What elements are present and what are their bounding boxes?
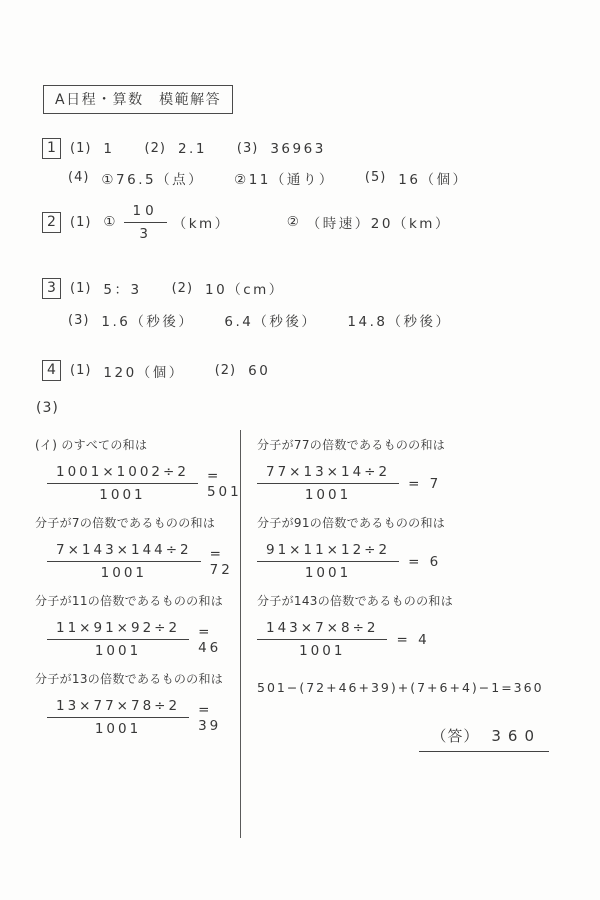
work-step-label: 分子が7の倍数であるものの和は [35,515,235,532]
fraction-answer: 10 3 [124,203,167,242]
fraction-numerator: 143×7×8÷2 [257,620,387,640]
answer-value: 60 [248,363,270,379]
question-label: (4) [68,170,89,185]
work-step-equation: 77×13×14÷2 1001 = 7 [257,464,445,503]
problem-3-row-2: (3) 1.6（秒後） 6.4（秒後） 14.8（秒後） [68,304,451,336]
fraction-numerator: 13×77×78÷2 [47,698,189,718]
fraction-denominator: 1001 [95,640,141,659]
problem-1-row-1: 1 (1) 1 (2) 2.1 (3) 36963 [42,134,468,163]
work-step-label: 分子が11の倍数であるものの和は [35,593,235,610]
answer-value: 6.4（秒後） [224,310,317,330]
work-step: 分子が91の倍数であるものの和は 91×11×12÷2 1001 = 6 [257,515,445,581]
problem-1-answers: 1 (1) 1 (2) 2.1 (3) 36963 (4) ①76.5（点） ②… [42,134,468,192]
answer-value: 10（cm） [205,278,285,298]
answer-value: 2.1 [178,141,207,157]
work-step: 分子が143の倍数であるものの和は 143×7×8÷2 1001 = 4 [257,593,453,659]
answer-value: 1 [103,141,114,157]
fraction: 77×13×14÷2 1001 [257,464,399,503]
problem-3-answers: 3 (1) 5：3 (2) 10（cm） (3) 1.6（秒後） 6.4（秒後）… [42,272,451,336]
problem-3-number-box: 3 [42,278,61,299]
answer-value: 120（個） [103,361,184,381]
work-step: 分子が13の倍数であるものの和は 13×77×78÷2 1001 = 39 [35,671,235,737]
equation-result: = 39 [198,702,235,734]
answer-value: 36963 [270,141,325,157]
fraction-denominator: 3 [139,223,151,242]
sheet-title: A日程・算数 模範解答 [55,92,221,108]
problem-4-number-box: 4 [42,360,61,381]
fraction: 1001×1002÷2 1001 [47,464,198,503]
fraction: 143×7×8÷2 1001 [257,620,387,659]
fraction-numerator: 1001×1002÷2 [47,464,198,484]
answer-value: （時速）20（km） [307,212,451,232]
fraction-numerator: 91×11×12÷2 [257,542,399,562]
fraction-denominator: 1001 [299,640,345,659]
work-step-label: 分子が143の倍数であるものの和は [257,593,453,610]
work-step: 分子が7の倍数であるものの和は 7×143×144÷2 1001 = 72 [35,515,235,581]
fraction: 91×11×12÷2 1001 [257,542,399,581]
question-label: (2) [145,141,166,156]
equation-result: = 7 [408,476,441,492]
answer-value: 16（個） [398,168,468,188]
fraction-denominator: 1001 [99,484,145,503]
sub-answer-mark: ② [287,214,299,230]
final-equation: 501−(72+46+39)+(7+6+4)−1=360 [257,680,544,695]
work-step: 分子が11の倍数であるものの和は 11×91×92÷2 1001 = 46 [35,593,235,659]
final-answer-line: （答） 360 [419,725,549,752]
problem-4-answers: 4 (1) 120（個） (2) 60 [42,356,270,385]
fraction: 11×91×92÷2 1001 [47,620,189,659]
problem-2-answers: 2 (1) ① 10 3 （km） ② （時速）20（km） [42,200,451,244]
answer-label: （答） [431,725,479,746]
equation-result: = 501 [207,468,242,500]
fraction-denominator: 1001 [95,718,141,737]
answer-number: 360 [491,727,541,745]
fraction-numerator: 11×91×92÷2 [47,620,189,640]
question-label: (2) [215,363,236,378]
work-step-equation: 13×77×78÷2 1001 = 39 [47,698,235,737]
question-label: (1) [70,141,91,156]
work-step-label: 分子が77の倍数であるものの和は [257,437,445,454]
question-label: (1) [70,215,91,230]
equation-result: = 46 [198,624,235,656]
work-step: 分子が77の倍数であるものの和は 77×13×14÷2 1001 = 7 [257,437,445,503]
fraction-numerator: 7×143×144÷2 [47,542,201,562]
question-label: (2) [172,281,193,296]
section-3-label: (3) [36,400,59,416]
work-step-label: 分子が91の倍数であるものの和は [257,515,445,532]
fraction-denominator: 1001 [101,562,147,581]
model-answer-sheet: A日程・算数 模範解答 1 (1) 1 (2) 2.1 (3) 36963 (4… [0,0,600,900]
problem-2-row: 2 (1) ① 10 3 （km） ② （時速）20（km） [42,200,451,244]
answer-value: 5：3 [103,278,141,298]
problem-2-number-box: 2 [42,212,61,233]
fraction: 13×77×78÷2 1001 [47,698,189,737]
work-step: (イ) のすべての和は 1001×1002÷2 1001 = 501 [35,437,242,503]
question-label: (1) [70,363,91,378]
work-step-equation: 7×143×144÷2 1001 = 72 [47,542,235,581]
problem-3-row-1: 3 (1) 5：3 (2) 10（cm） [42,272,451,304]
problem-1-number-box: 1 [42,138,61,159]
question-label: (3) [68,313,89,328]
sub-answer-mark: ① [103,214,115,230]
fraction-denominator: 1001 [305,484,351,503]
problem-4-row: 4 (1) 120（個） (2) 60 [42,356,270,385]
fraction-denominator: 1001 [305,562,351,581]
work-step-label: (イ) のすべての和は [35,437,242,454]
equation-result: = 72 [210,546,235,578]
question-label: (1) [70,281,91,296]
answer-value: 1.6（秒後） [101,310,194,330]
work-step-label: 分子が13の倍数であるものの和は [35,671,235,688]
problem-1-row-2: (4) ①76.5（点） ②11（通り） (5) 16（個） [68,163,468,192]
fraction-numerator: 10 [124,203,167,223]
question-label: (5) [365,170,386,185]
equation-result: = 4 [396,632,429,648]
work-step-equation: 91×11×12÷2 1001 = 6 [257,542,445,581]
equation-result: = 6 [408,554,441,570]
fraction-numerator: 77×13×14÷2 [257,464,399,484]
answer-value: ①76.5（点） [101,168,204,188]
sheet-title-box: A日程・算数 模範解答 [43,85,233,114]
work-step-equation: 1001×1002÷2 1001 = 501 [47,464,242,503]
fraction: 7×143×144÷2 1001 [47,542,201,581]
work-step-equation: 11×91×92÷2 1001 = 46 [47,620,235,659]
work-right-column: 分子が77の倍数であるものの和は 77×13×14÷2 1001 = 7 分子が… [257,437,557,752]
work-left-column: (イ) のすべての和は 1001×1002÷2 1001 = 501 分子が7の… [35,437,235,749]
answer-unit: （km） [173,212,231,232]
answer-value: ②11（通り） [234,168,335,188]
work-step-equation: 143×7×8÷2 1001 = 4 [257,620,453,659]
question-label: (3) [237,141,258,156]
answer-value: 14.8（秒後） [347,310,451,330]
